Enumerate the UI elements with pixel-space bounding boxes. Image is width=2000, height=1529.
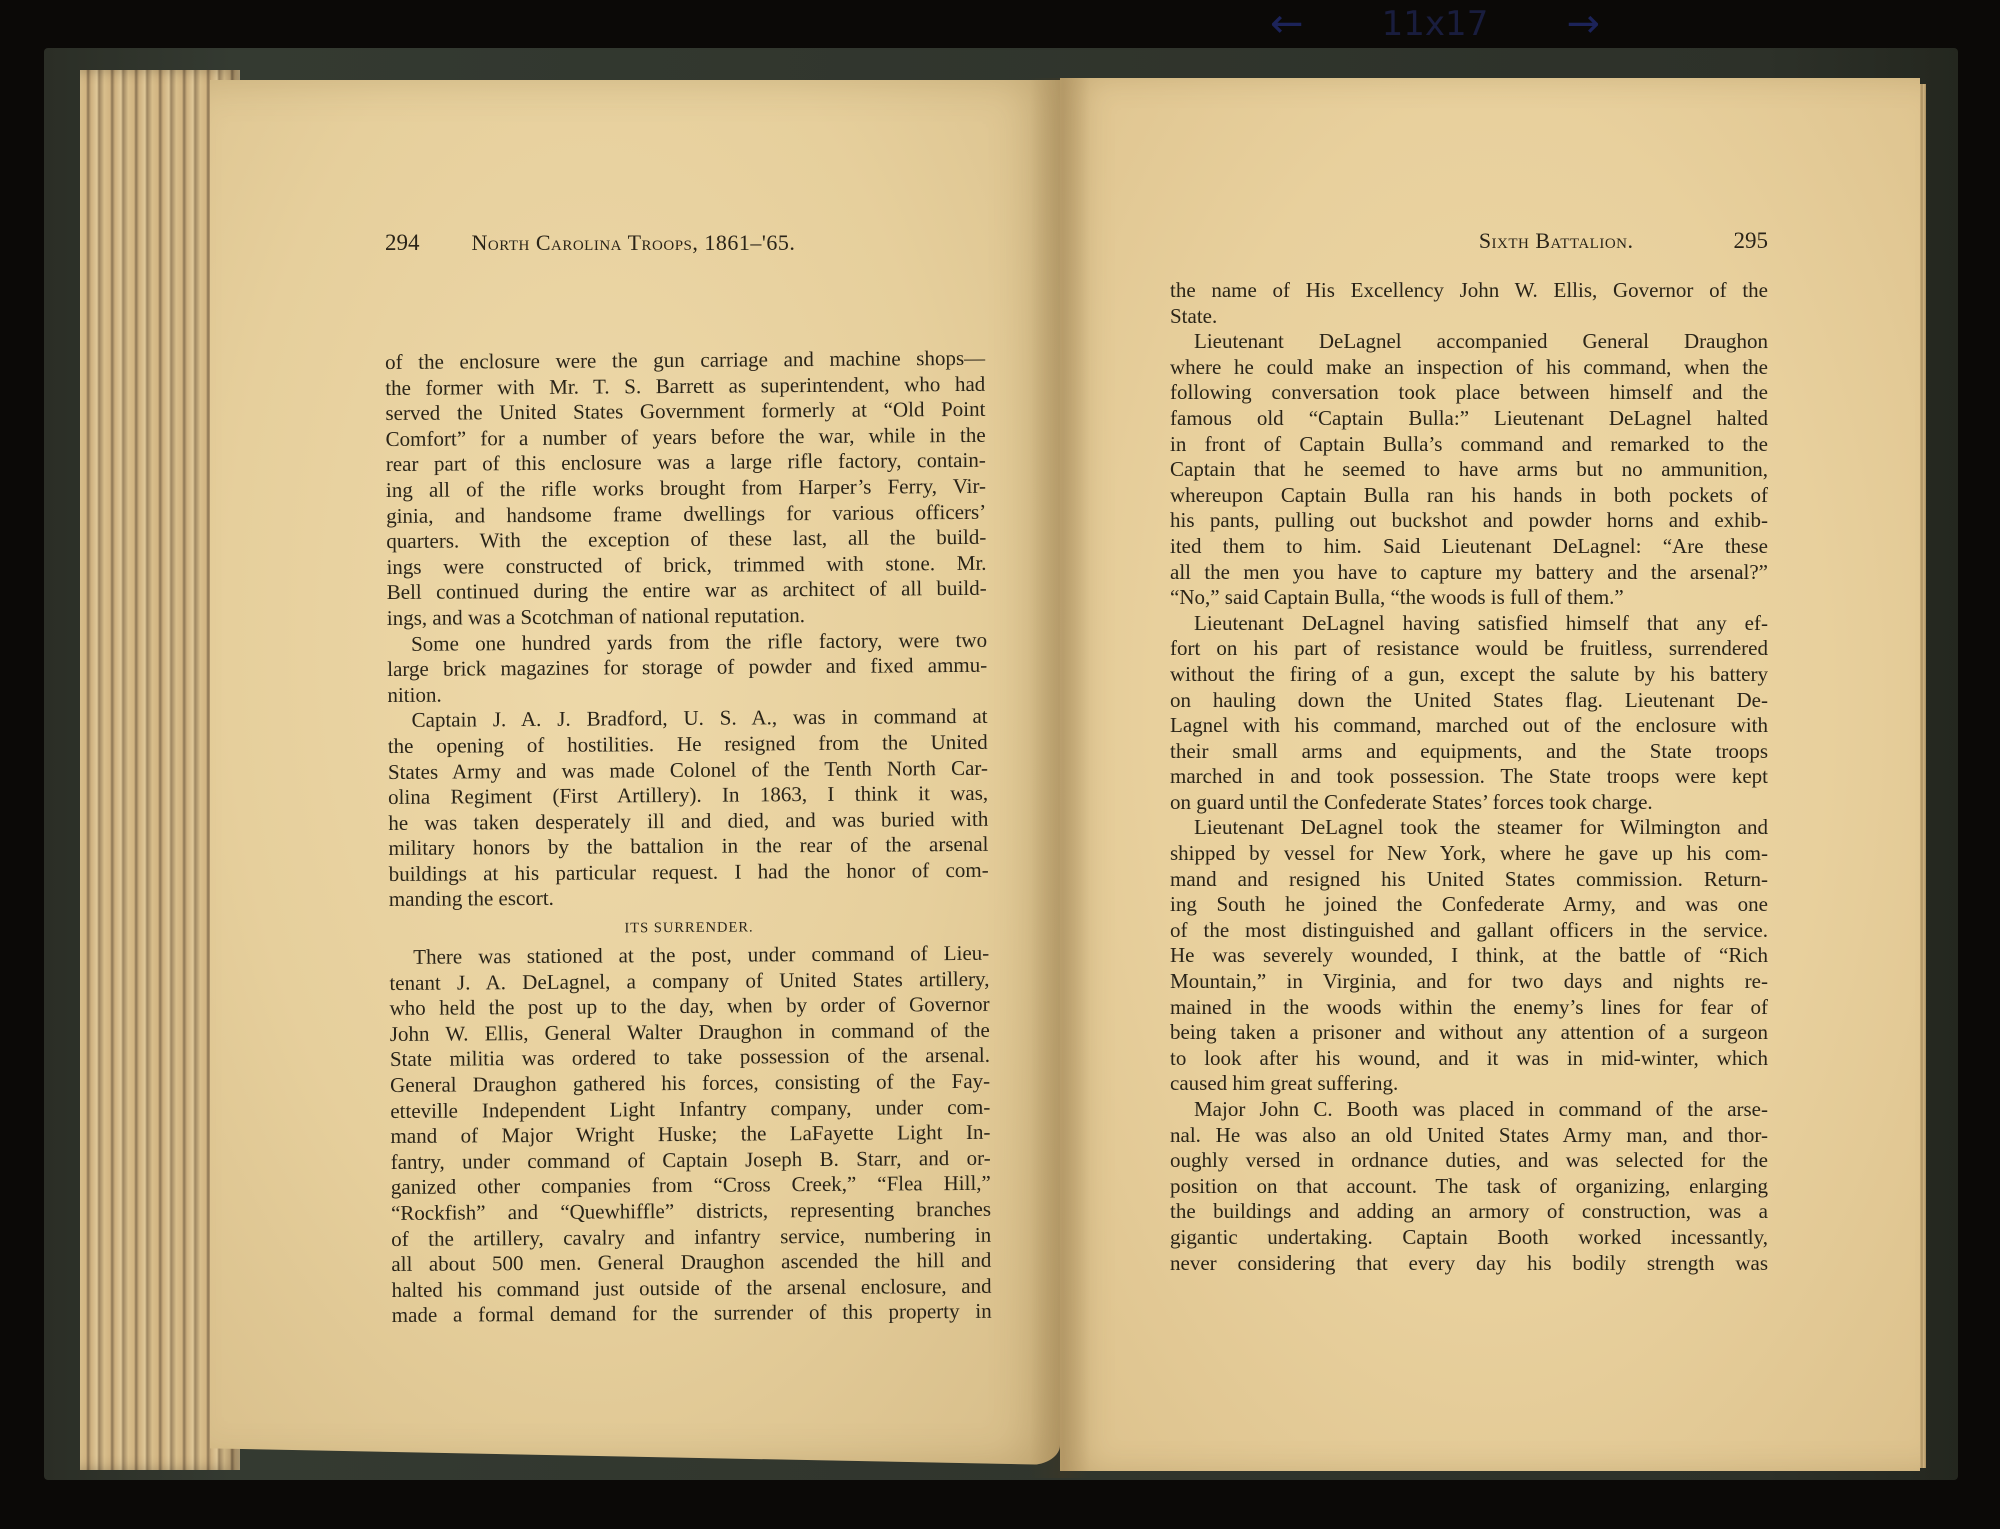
text-line: whereupon Captain Bulla ran his hands in… [1170,483,1768,509]
text-line: all the men you have to capture my batte… [1170,560,1768,586]
text-line: nal. He was also an old United States Ar… [1170,1123,1768,1149]
text-line: served the United States Government form… [385,397,985,427]
text-line: their small arms and equipments, and the… [1170,739,1768,765]
text-line: position on that account. The task of or… [1170,1174,1768,1200]
text-line: where he could make an inspection of his… [1170,355,1768,381]
text-line: the opening of hostilities. He resigned … [388,730,988,760]
text-line: mand and resigned his United States comm… [1170,867,1768,893]
running-title: North Carolina Troops, 1861–'65. [472,230,796,256]
right-body-text: the name of His Excellency John W. Ellis… [1170,278,1768,1276]
text-line: Bell continued during the entire war as … [387,576,987,606]
left-arrow-icon: ← [1270,1,1304,47]
text-line: manding the escort. [389,883,989,913]
text-line: oughly versed in ordnance duties, and wa… [1170,1148,1768,1174]
text-line: large brick magazines for storage of pow… [387,653,987,683]
text-line: made a formal demand for the surrender o… [392,1299,992,1329]
right-page: Sixth Battalion. 295 the name of His Exc… [1060,78,1920,1471]
text-line: marched in and took possession. The Stat… [1170,764,1768,790]
right-arrow-icon: → [1566,1,1600,47]
text-line: the buildings and adding an armory of co… [1170,1199,1768,1225]
text-line: Lagnel with his command, marched out of … [1170,713,1768,739]
text-line: Mountain,” in Virginia, and for two days… [1170,969,1768,995]
running-title: Sixth Battalion. [1479,228,1634,254]
text-line: on hauling down the United States flag. … [1170,688,1768,714]
text-line: ing all of the rifle works brought from … [386,474,986,504]
text-line: following conversation took place betwee… [1170,380,1768,406]
text-line: mained in the woods within the enemy’s l… [1170,995,1768,1021]
scan-size-marker: ← 11x17 → [1270,4,1600,44]
text-line: ited them to him. Said Lieutenant DeLagn… [1170,534,1768,560]
text-line: to look after his wound, and it was in m… [1170,1046,1768,1072]
text-line: on guard until the Confederate States’ f… [1170,790,1768,816]
text-line: in front of Captain Bulla’s command and … [1170,432,1768,458]
text-line: There was stationed at the post, under c… [389,941,989,971]
text-line: never considering that every day his bod… [1170,1251,1768,1277]
text-line: his pants, pulling out buckshot and powd… [1170,508,1768,534]
text-line: being taken a prisoner and without any a… [1170,1020,1768,1046]
text-line: quarters. With the exception of these la… [386,525,986,555]
text-line: Lieutenant DeLagnel having satisfied him… [1170,611,1768,637]
text-line: all about 500 men. General Draughon asce… [391,1248,991,1278]
text-line: gigantic undertaking. Captain Booth work… [1170,1225,1768,1251]
text-line: General Draughon gathered his forces, co… [390,1069,990,1099]
text-line: olina Regiment (First Artillery). In 186… [388,781,988,811]
left-paragraphs-after-heading: There was stationed at the post, under c… [389,941,992,1329]
text-line: without the firing of a gun, except the … [1170,662,1768,688]
text-line: of the enclosure were the gun carriage a… [385,346,985,376]
right-running-head: Sixth Battalion. 295 [1170,228,1768,254]
text-line: He was severely wounded, I think, at the… [1170,943,1768,969]
right-paragraphs: the name of His Excellency John W. Ellis… [1170,278,1768,1276]
page-number: 295 [1734,228,1769,254]
page-number: 294 [385,230,420,256]
text-line: Major John C. Booth was placed in comman… [1170,1097,1768,1123]
text-line: of the most distinguished and gallant of… [1170,918,1768,944]
text-line: Captain that he seemed to have arms but … [1170,457,1768,483]
text-line: military honors by the battalion in the … [388,832,988,862]
text-line: the name of His Excellency John W. Ellis… [1170,278,1768,304]
left-paragraphs: of the enclosure were the gun carriage a… [385,346,989,913]
scan-size-label: 11x17 [1382,4,1489,44]
text-line: “Rockfish” and “Quewhiffle” districts, r… [391,1197,991,1227]
text-line: Lieutenant DeLagnel accompanied General … [1170,329,1768,355]
text-line: caused him great suffering. [1170,1071,1768,1097]
text-line: fort on his part of resistance would be … [1170,636,1768,662]
text-line: famous old “Captain Bulla:” Lieutenant D… [1170,406,1768,432]
text-line: who held the post up to the day, when by… [390,992,990,1022]
text-line: ing South he joined the Confederate Army… [1170,892,1768,918]
left-body-text: of the enclosure were the gun carriage a… [385,346,992,1329]
text-line: shipped by vessel for New York, where he… [1170,841,1768,867]
text-line: Lieutenant DeLagnel took the steamer for… [1170,815,1768,841]
section-heading: ITS SURRENDER. [389,915,989,941]
text-line: mand of Major Wright Huske; the LaFayett… [390,1120,990,1150]
left-page: 294 North Carolina Troops, 1861–'65. of … [210,80,1060,1465]
text-line: buildings at his particular request. I h… [389,858,989,888]
text-line: State. [1170,304,1768,330]
text-line: “No,” said Captain Bulla, “the woods is … [1170,585,1768,611]
left-running-head: 294 North Carolina Troops, 1861–'65. [385,230,985,256]
